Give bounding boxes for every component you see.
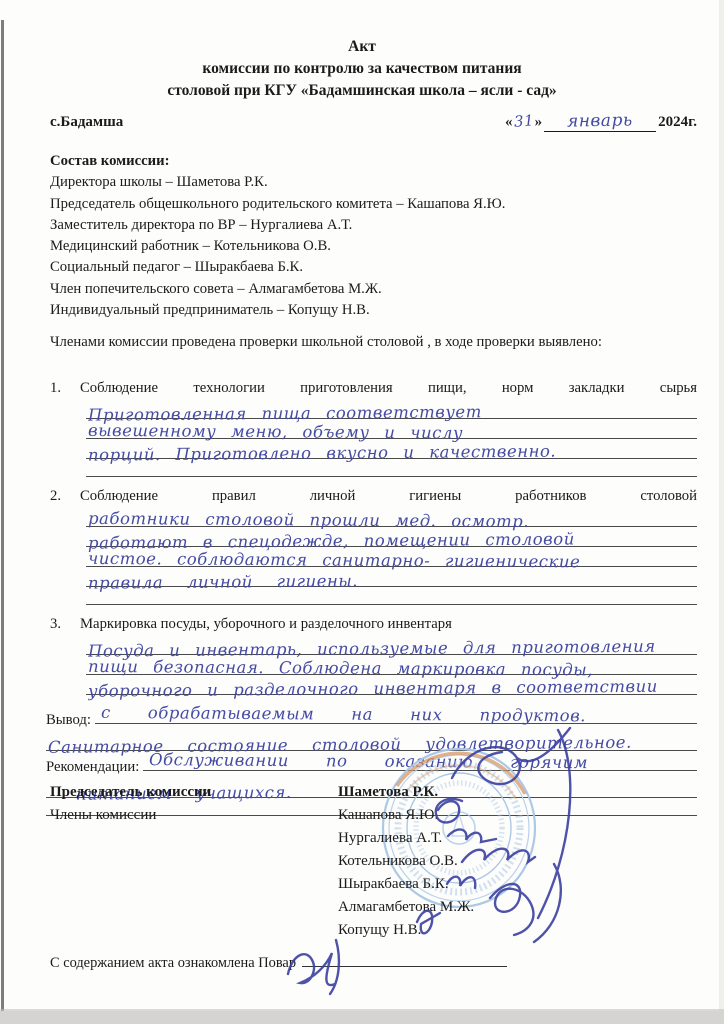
- item-1-heading: Соблюдение технологии приготовления пищи…: [80, 378, 697, 399]
- members-label: Члены комиссии: [50, 804, 338, 827]
- answer-line: чистое. соблюдаются санитарно- гигиениче…: [86, 547, 697, 567]
- checklist-item-2: 2. Соблюдение правил личной гигиены рабо…: [50, 486, 697, 605]
- item-3-number: 3.: [50, 614, 80, 635]
- commission-member: Директора школы – Шаметова Р.К.: [50, 172, 697, 193]
- commission-member: Социальный педагог – Шыракбаева Б.К.: [50, 257, 697, 278]
- item-1-number: 1.: [50, 378, 80, 399]
- item-1-answers: Приготовленная пища соответствует вывеше…: [86, 399, 697, 477]
- item-2-heading-row: 2. Соблюдение правил личной гигиены рабо…: [50, 486, 697, 507]
- acknowledgement-text: С содержанием акта ознакомлена Повар: [50, 955, 296, 972]
- title-line-2: комиссии по контролю за качеством питани…: [0, 58, 724, 80]
- place-label: с.Бадамша: [50, 114, 123, 131]
- scan-edge-left: [1, 20, 4, 1024]
- conclusion-label: Вывод:: [46, 710, 95, 731]
- answer-line: работают в спецодежде, помещении столово…: [86, 527, 697, 547]
- commission-member: Председатель общешкольного родительского…: [50, 194, 697, 215]
- commission-member: Член попечительского совета – Алмагамбет…: [50, 279, 697, 300]
- title-line-3: столовой при КГУ «Бадамшинская школа – я…: [0, 80, 724, 102]
- signature-long-flourish: [538, 730, 570, 918]
- date-day-handwritten: 31: [513, 111, 534, 130]
- date-month-blank-line: январь: [544, 111, 656, 132]
- answer-line: порций. Приготовлено вкусно и качественн…: [86, 439, 697, 459]
- item-3-heading-row: 3. Маркировка посуды, уборочного и разде…: [50, 614, 697, 635]
- commission-member: Заместитель директора по ВР – Нургалиева…: [50, 215, 697, 236]
- answer-line: вывешенному меню, объему и числу: [86, 419, 697, 439]
- answer-line: Приготовленная пища соответствует: [86, 399, 697, 419]
- title-line-1: Акт: [0, 36, 724, 58]
- document-title: Акт комиссии по контролю за качеством пи…: [0, 36, 724, 102]
- answer-line: правила личной гигиены.: [86, 567, 697, 587]
- chair-label: Председатель комиссии: [50, 781, 338, 804]
- signature-almagambetova: [490, 884, 533, 935]
- place-date-row: с.Бадамша « 31 » январь 2024г.: [50, 111, 697, 132]
- answer-line: работники столовой прошли мед. осмотр.: [86, 507, 697, 527]
- cook-signature: [268, 934, 398, 996]
- signature-shyrakbaeva: [447, 877, 475, 888]
- ink-signatures: [320, 712, 650, 952]
- scan-edge-right: [719, 0, 724, 1024]
- handwritten-text: уборочного и разделочного инвентаря в со…: [88, 676, 697, 700]
- scanned-document-page: Акт комиссии по контролю за качеством пи…: [0, 0, 724, 1024]
- item-3-answers: Посуда и инвентарь, используемые для при…: [86, 635, 697, 695]
- commission-heading: Состав комиссии:: [50, 151, 697, 172]
- commission-member: Индивидуальный предприниматель – Копущу …: [50, 300, 697, 321]
- checklist-item-3: 3. Маркировка посуды, уборочного и разде…: [50, 614, 697, 695]
- date-year: 2024г.: [658, 114, 697, 131]
- signature-kopushchu: [417, 911, 440, 934]
- commission-list: Состав комиссии: Директора школы – Шамет…: [50, 151, 697, 321]
- date-field: « 31 » январь 2024г.: [505, 111, 697, 132]
- item-2-heading: Соблюдение правил личной гигиены работни…: [80, 486, 697, 507]
- recommendations-label: Рекомендации:: [46, 757, 143, 778]
- item-1-heading-row: 1. Соблюдение технологии приготовления п…: [50, 378, 697, 399]
- item-2-answers: работники столовой прошли мед. осмотр. р…: [86, 507, 697, 605]
- item-2-number: 2.: [50, 486, 80, 507]
- answer-line-empty: [86, 587, 697, 605]
- date-month-handwritten: январь: [567, 110, 633, 131]
- signature-shametova: [452, 747, 520, 784]
- signature-roles: Председатель комиссии Члены комиссии: [50, 781, 338, 942]
- signature-kotelnikova: [462, 849, 535, 862]
- signature-nurgalieva: [448, 829, 496, 842]
- date-close-quote: »: [535, 114, 543, 131]
- signature-kashapova: [436, 799, 462, 823]
- checklist-item-1: 1. Соблюдение технологии приготовления п…: [50, 378, 697, 477]
- answer-line: Посуда и инвентарь, используемые для при…: [86, 635, 697, 655]
- item-3-heading: Маркировка посуды, уборочного и разделоч…: [80, 614, 697, 635]
- answer-line-empty: [86, 459, 697, 477]
- answer-line: пищи безопасная. Соблюдена маркировка по…: [86, 655, 697, 675]
- signature-shametova-tail: [517, 728, 570, 761]
- answer-line: уборочного и разделочного инвентаря в со…: [86, 675, 697, 695]
- date-open-quote: «: [505, 114, 513, 131]
- scan-edge-bottom: [0, 1011, 724, 1024]
- commission-member: Медицинский работник – Котельникова О.В.: [50, 236, 697, 257]
- intro-sentence: Членами комиссии проведена проверки школ…: [50, 334, 697, 351]
